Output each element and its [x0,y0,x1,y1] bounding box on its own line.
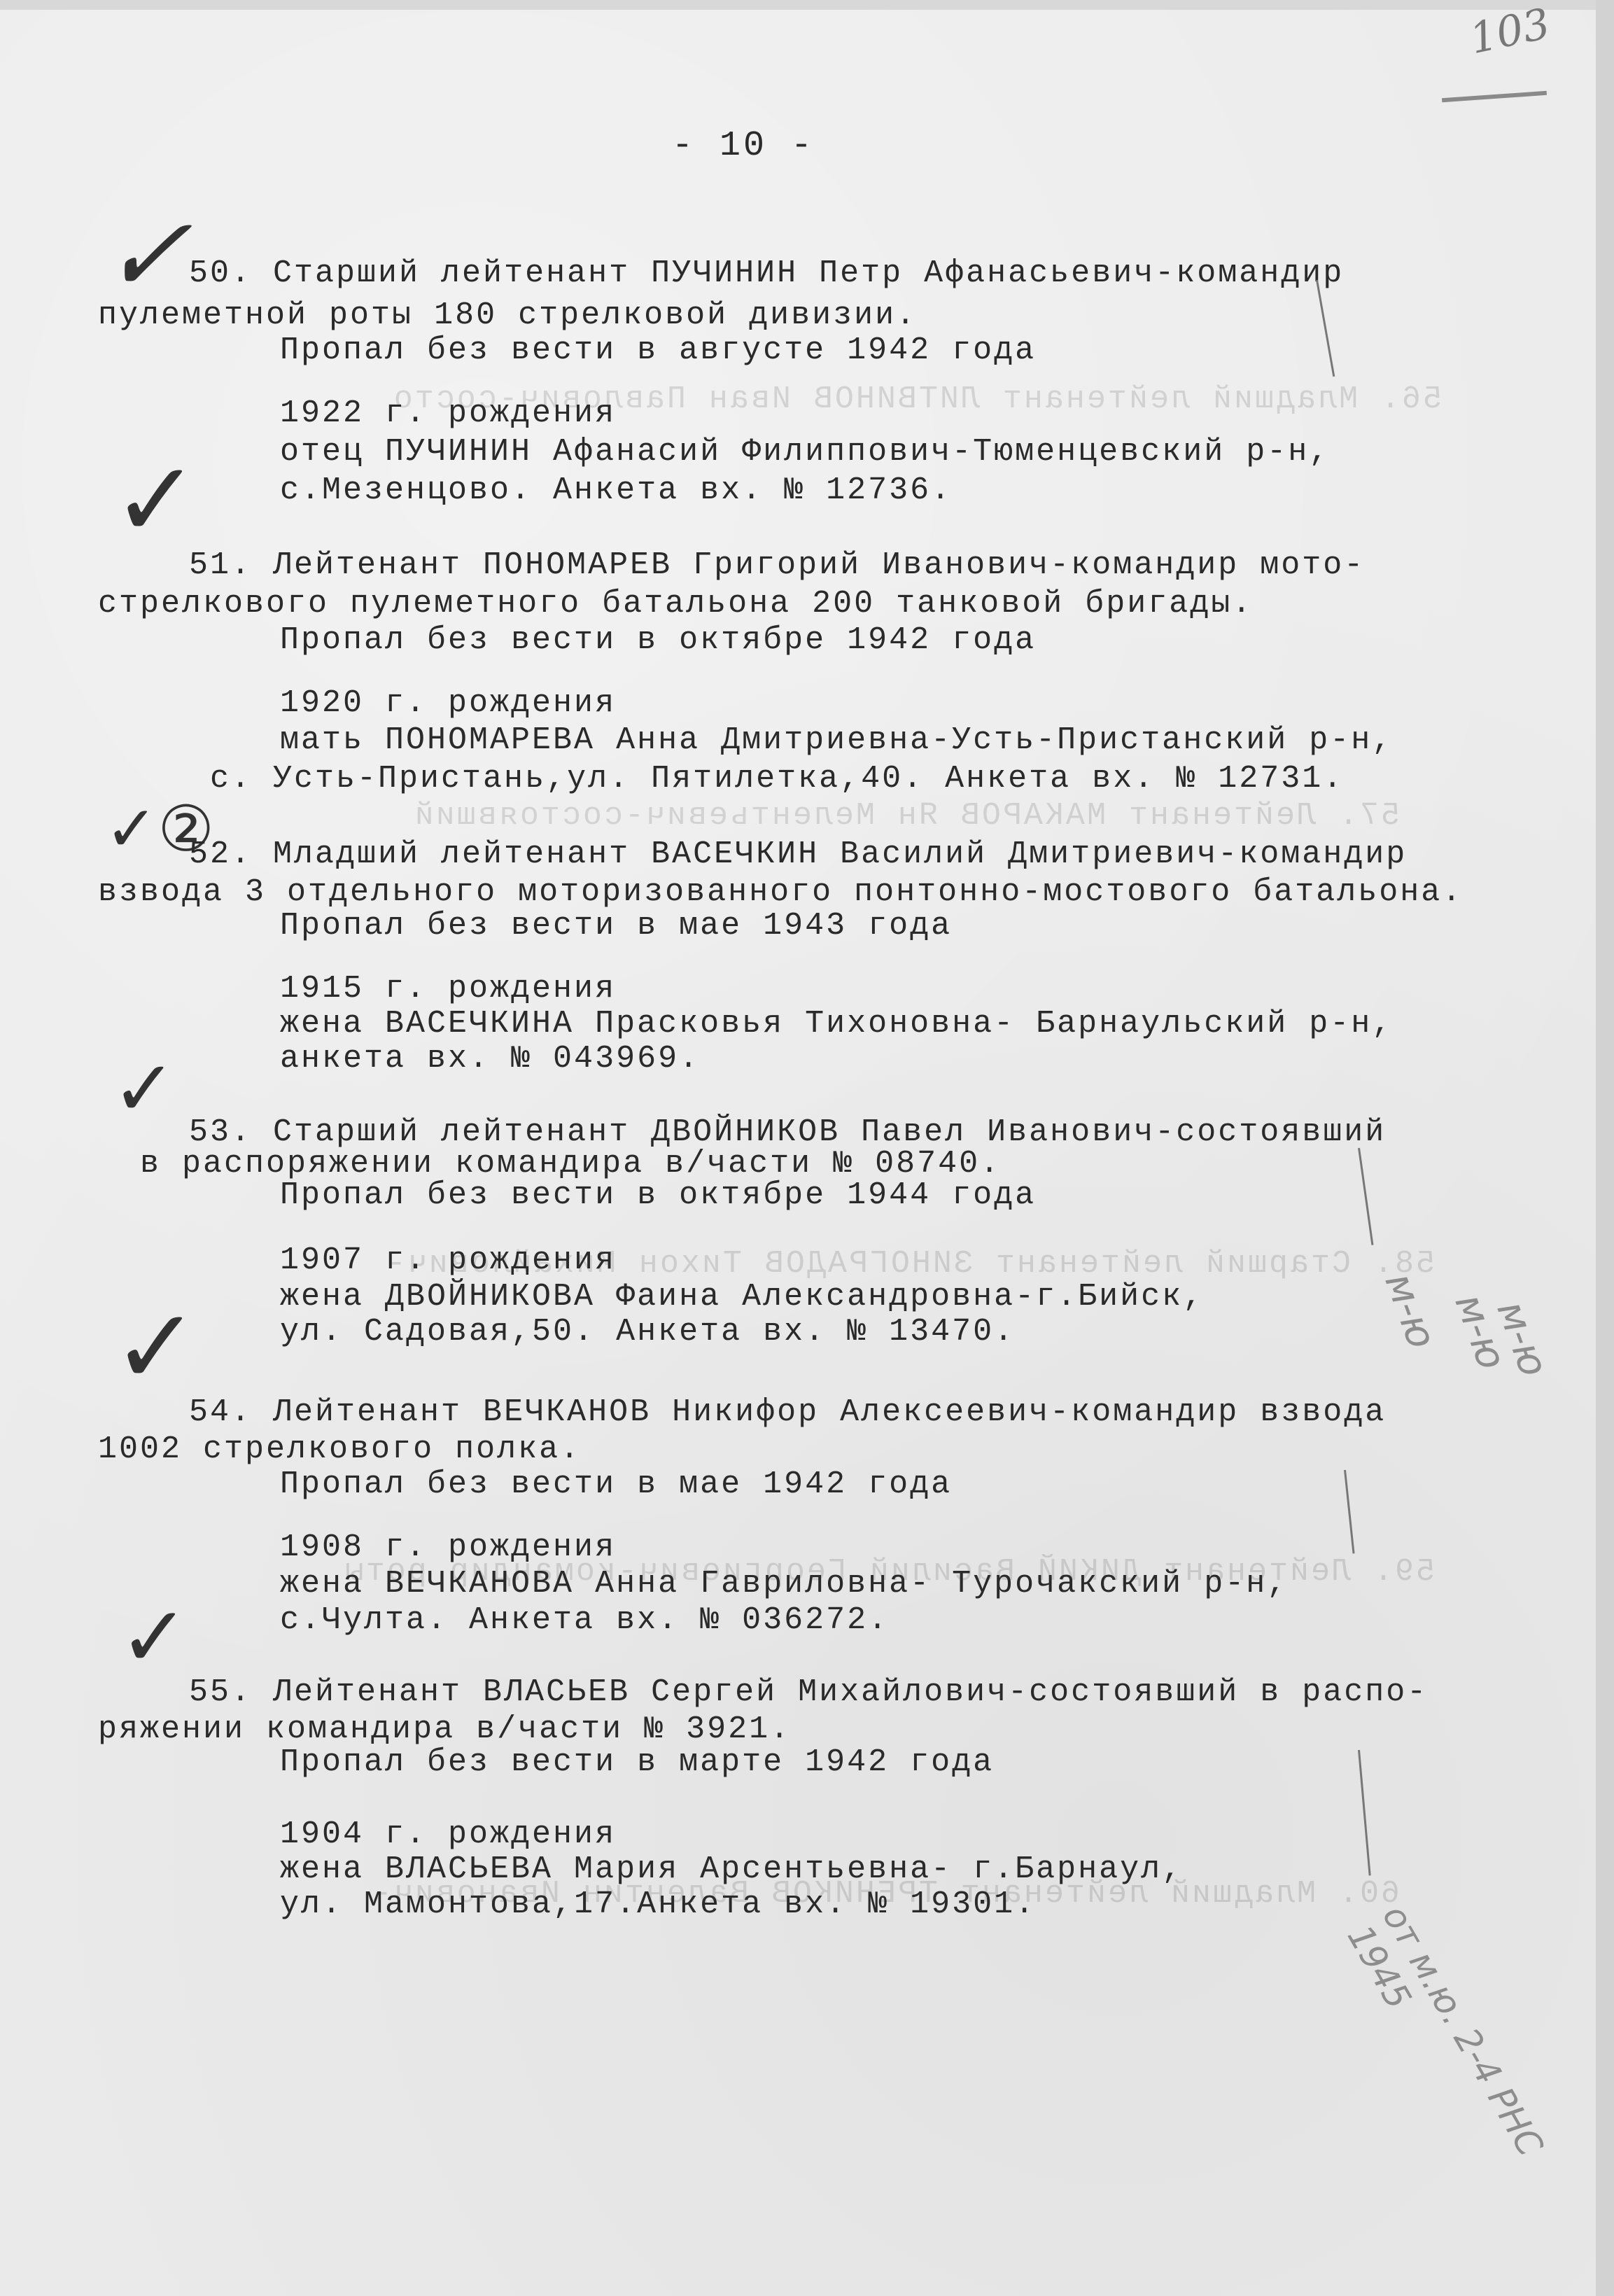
check-mark-icon: ✓ [112,1295,200,1400]
entry-51-address: с. Усть-Пристань,ул. Пятилетка,40. Анкет… [210,763,1344,794]
bleed-through-text: 57. Лейтенант МАКАРОВ Ян Мелентьевич-сос… [413,798,1400,834]
entry-51-birth: 1920 г. рождения [280,687,616,719]
entry-52-missing: Пропал без вести в мае 1943 года [280,910,952,941]
entry-53-line2: в распоряжении командира в/части № 08740… [140,1148,1001,1179]
entry-52-line1: 52. Младший лейтенант ВАСЕЧКИН Василий Д… [189,839,1407,870]
scan-right-edge [1596,0,1614,2296]
entry-53-line1: 53. Старший лейтенант ДВОЙНИКОВ Павел Ив… [189,1116,1386,1148]
entry-52-relative: жена ВАСЕЧКИНА Прасковья Тихоновна- Барн… [280,1008,1393,1039]
entry-55-line2: ряжении командира в/части № 3921. [98,1714,791,1745]
entry-53-missing: Пропал без вести в октябре 1944 года [280,1179,1036,1211]
entry-50-birth: 1922 г. рождения [280,398,616,429]
page-number: - 10 - [672,126,815,166]
entry-50-missing: Пропал без вести в августе 1942 года [280,335,1036,366]
check-mark-icon: ✓ [119,1596,190,1680]
check-mark-icon: ✓ [112,448,200,553]
entry-55-line1: 55. Лейтенант ВЛАСЬЕВ Сергей Михайлович-… [189,1676,1428,1708]
entry-55-birth: 1904 г. рождения [280,1819,616,1850]
entry-53-birth: 1907 г. рождения [280,1245,616,1276]
entry-53-address: ул. Садовая,50. Анкета вх. № 13470. [280,1316,1015,1347]
entry-51-relative: мать ПОНОМАРЕВА Анна Дмитриевна-Усть-При… [280,724,1393,756]
entry-54-missing: Пропал без вести в мае 1942 года [280,1469,952,1500]
entry-53-relative: жена ДВОЙНИКОВА Фаина Александровна-г.Би… [280,1281,1204,1312]
entry-51-missing: Пропал без вести в октябре 1942 года [280,624,1036,656]
entry-50-address: с.Мезенцово. Анкета вх. № 12736. [280,475,952,506]
entry-52-birth: 1915 г. рождения [280,973,616,1004]
entry-50-relative: отец ПУЧИНИН Афанасий Филиппович-Тюменце… [280,436,1330,468]
check-mark-icon: ✓ [112,1050,176,1127]
entry-51-line1: 51. Лейтенант ПОНОМАРЕВ Григорий Иванови… [189,549,1365,581]
entry-54-address: с.Чулта. Анкета вх. № 036272. [280,1604,889,1636]
entry-54-birth: 1908 г. рождения [280,1532,616,1563]
entry-52-address: анкета вх. № 043969. [280,1043,700,1074]
entry-55-address: ул. Мамонтова,17.Анкета вх. № 19301. [280,1889,1036,1920]
scan-top-edge [0,0,1614,10]
entry-52-line2: взвода 3 отдельного моторизованного понт… [98,876,1463,908]
entry-54-relative: жена ВЕЧКАНОВА Анна Гавриловна- Турочакс… [280,1568,1288,1599]
entry-54-line1: 54. Лейтенант ВЕЧКАНОВ Никифор Алексееви… [189,1396,1386,1428]
entry-51-line2: стрелкового пулеметного батальона 200 та… [98,588,1253,619]
entry-55-relative: жена ВЛАСЬЕВА Мария Арсентьевна- г.Барна… [280,1854,1183,1885]
entry-50-line2: пулеметной роты 180 стрелковой дивизии. [98,300,917,331]
entry-55-missing: Пропал без вести в марте 1942 года [280,1746,994,1778]
entry-50-line1: 50. Старший лейтенант ПУЧИНИН Петр Афана… [189,258,1344,289]
entry-54-line2: 1002 стрелкового полка. [98,1434,581,1465]
